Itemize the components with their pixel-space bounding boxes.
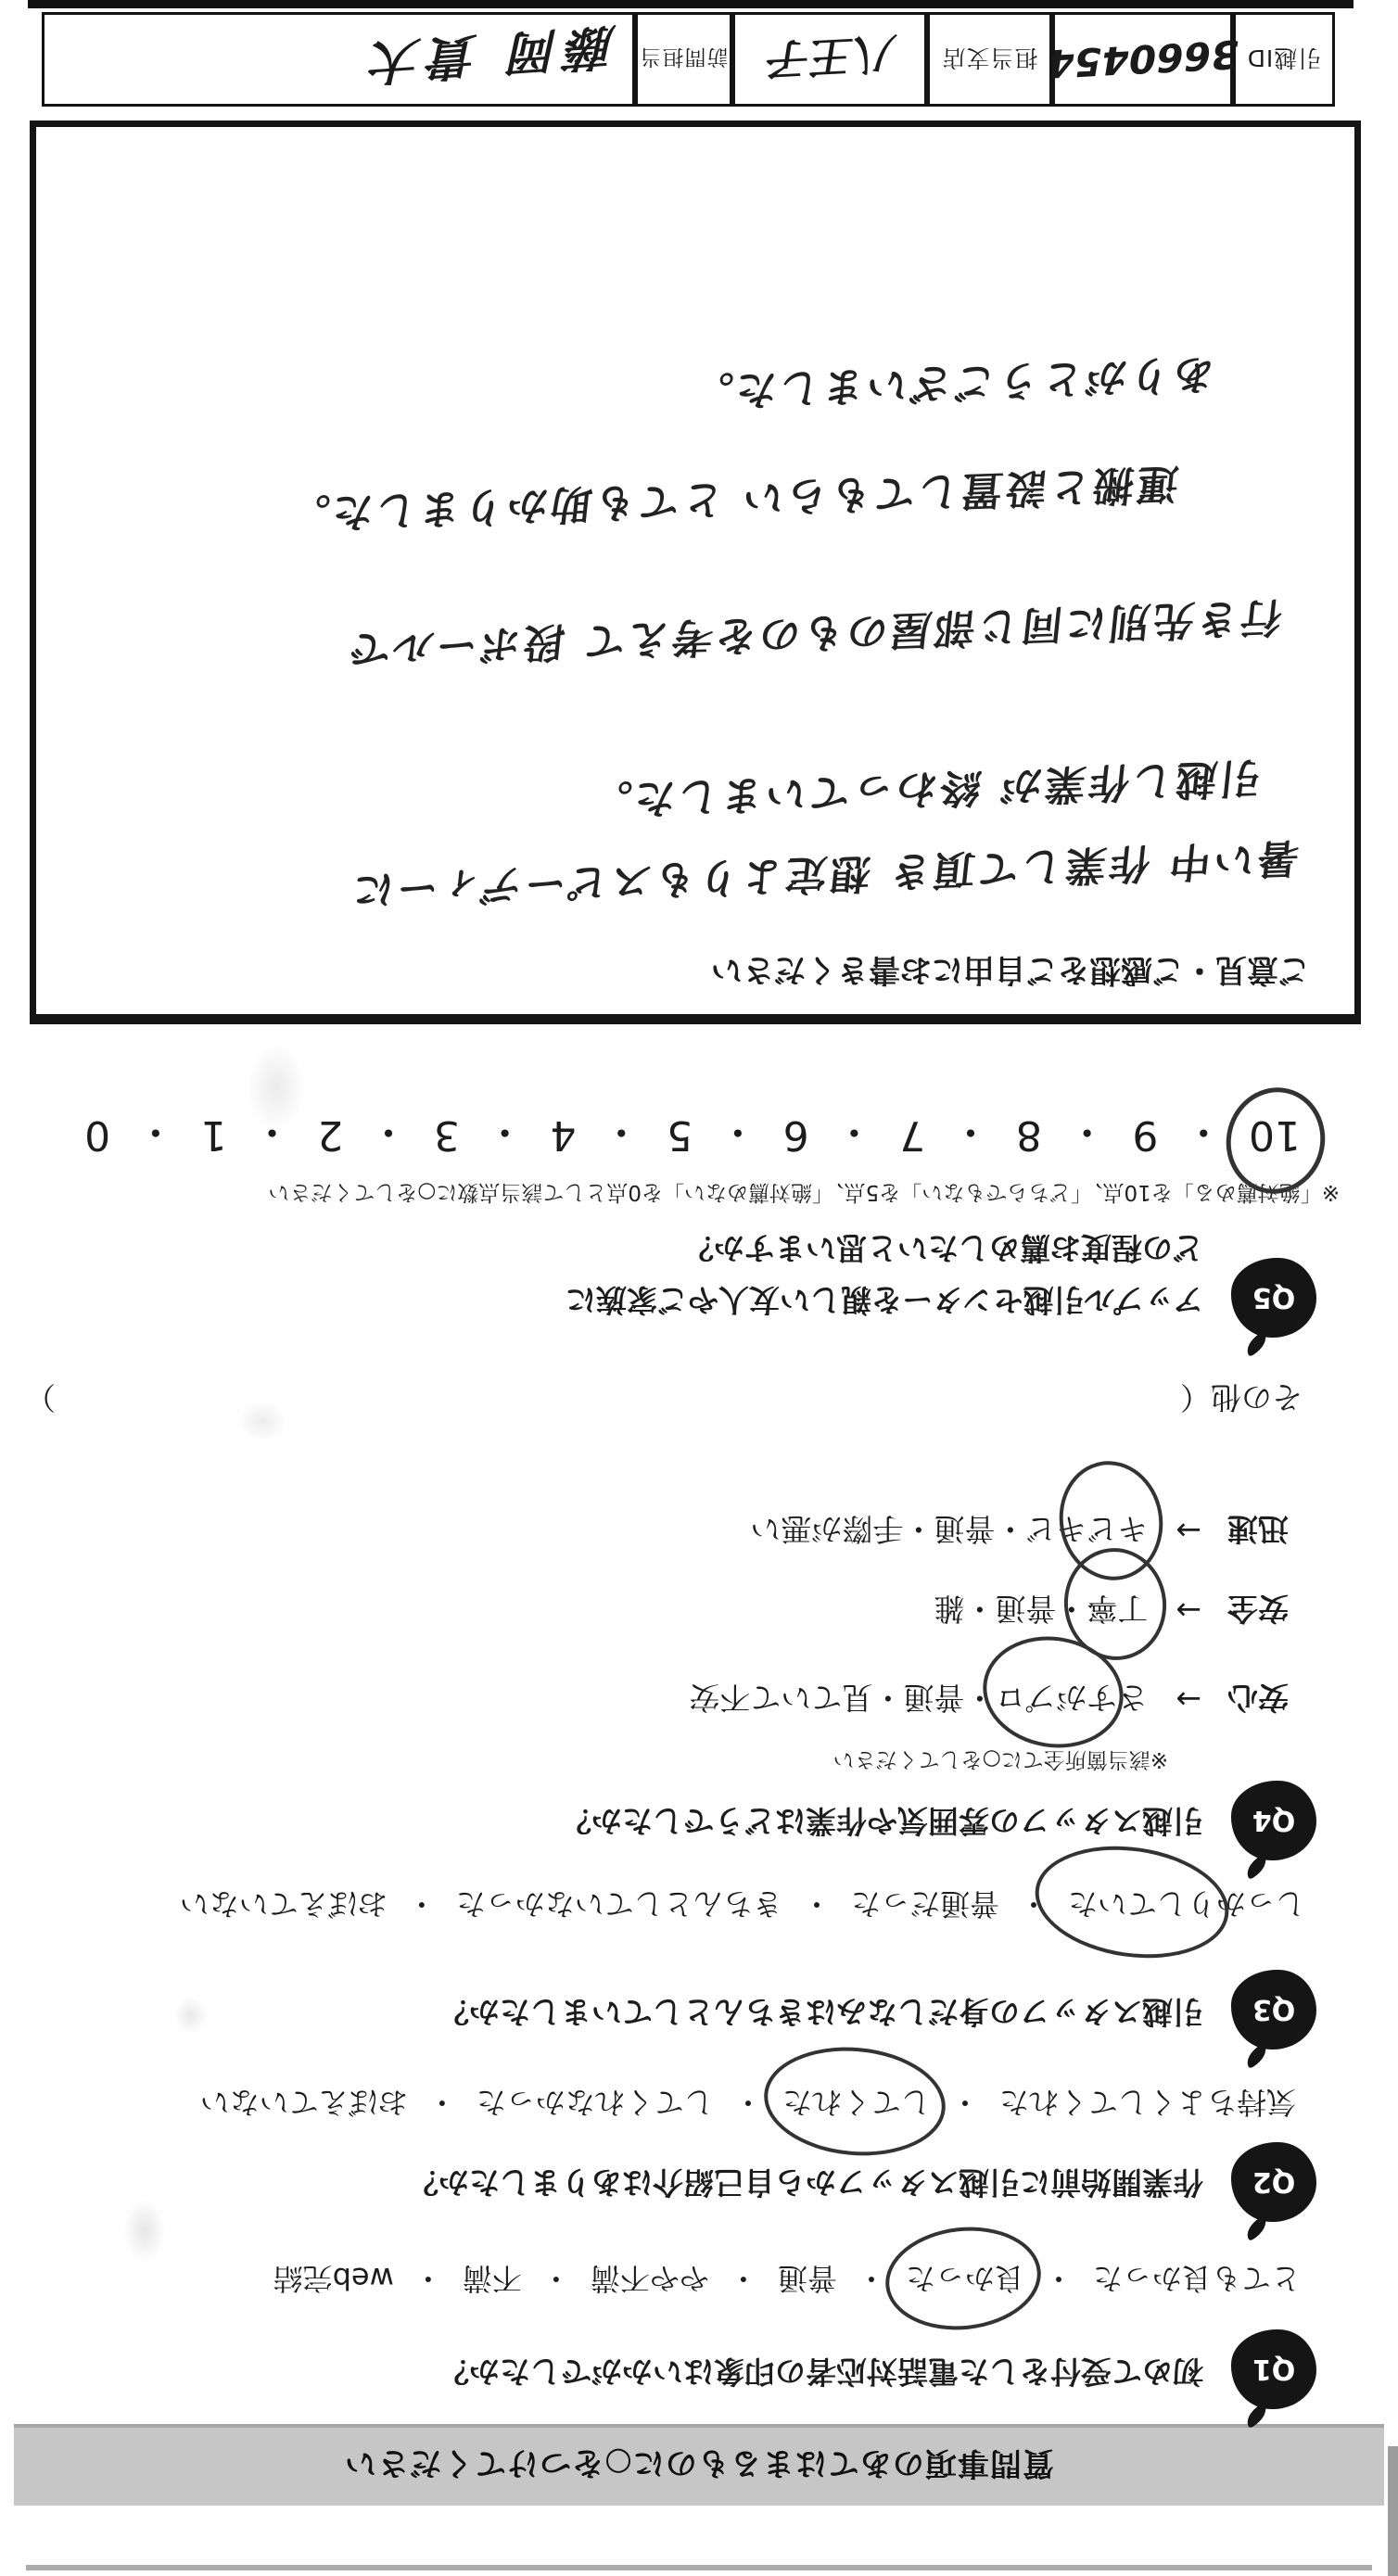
option-text: 丁寧	[1087, 1591, 1148, 1627]
separator-dot: ・	[1067, 1106, 1108, 1165]
option: おぼえていない	[180, 1884, 388, 1927]
q2-label: Q2	[1252, 2166, 1295, 2199]
option-selected: しっかりしていた	[1068, 1884, 1305, 1927]
scale-value: 1	[201, 1112, 227, 1160]
sheet-bottom-rule	[28, 0, 1354, 8]
separator-dot: ・	[1044, 2259, 1074, 2302]
q4-row-anzen: 安全 → 丁寧 ・ 普通 ・ 雑	[934, 1589, 1289, 1632]
separator-dot: ・	[964, 1589, 995, 1632]
survey-document-rotated: 質問事項のあてはまるものに○をつけてください Q1 初めて受付をした電話対応者の…	[0, 0, 1398, 2576]
q4-apple-icon: Q4	[1231, 1781, 1316, 1860]
option: 気持ちよくしてくれた	[999, 2083, 1296, 2126]
separator-dot: ・	[485, 1106, 526, 1165]
q4-other-open: その他（	[1180, 1377, 1303, 1421]
scale-value: 4	[550, 1112, 576, 1160]
footer-cell-moving-id-label: 引越ID	[1233, 12, 1335, 107]
option: してくれなかった	[477, 2083, 714, 2126]
q1-label: Q1	[1252, 2354, 1295, 2386]
field-label: 引越ID	[1247, 43, 1322, 76]
scale-value: 6	[783, 1112, 809, 1160]
option: 普通	[995, 1589, 1056, 1632]
q3-question-text: 引越スタッフの身だしなみはきちんとしていましたか？	[438, 1988, 1203, 2035]
scale-value: 3	[434, 1112, 460, 1160]
option: やや不満	[591, 2259, 709, 2302]
scan-artifact	[248, 1045, 304, 1130]
q4-note: ※該当箇所全てに○をしてください	[833, 1746, 1168, 1777]
q4-row-anshin: 安心 → さすがプロ ・ 普通 ・ 見ていて不安	[689, 1678, 1289, 1721]
field-label: 訪問担当	[640, 44, 729, 75]
option: 見ていて不安	[689, 1678, 872, 1721]
separator-dot: ・	[857, 2259, 886, 2302]
field-label: 担当支店	[942, 43, 1038, 76]
arrow-icon: →	[1176, 1593, 1201, 1629]
separator-dot: ・	[427, 2083, 457, 2126]
option: 雑	[934, 1589, 964, 1632]
scan-artifact	[175, 1997, 207, 2034]
scale-value: 9	[1132, 1112, 1158, 1160]
separator-dot: ・	[541, 2259, 571, 2302]
q3-label: Q3	[1252, 1994, 1295, 2026]
q5-note: ※「絶対薦める」を10点、「どちらでもない」を5点、「絶対薦めない」を0点として…	[268, 1179, 1340, 1210]
q5-question-line2: どの程度お薦めしたいと思いますか？	[683, 1225, 1203, 1271]
scanned-survey-sheet: 質問事項のあてはまるものに○をつけてください Q1 初めて受付をした電話対応者の…	[0, 0, 1398, 2576]
leaf-icon	[1242, 1331, 1271, 1357]
scale-value: 2	[317, 1112, 343, 1160]
q4-other-close: ）	[25, 1377, 56, 1421]
scale-number: 10	[1249, 1112, 1301, 1160]
separator-dot: ・	[407, 1884, 437, 1927]
separator-dot: ・	[1019, 1884, 1048, 1927]
footer-cell-signature: 藤岡 貴大	[42, 12, 635, 107]
q5-question-line1: アップル引越センターを親しい友人やご家族に	[566, 1276, 1203, 1323]
option-text: しっかりしていた	[1068, 1886, 1305, 1922]
option: きちんとしていなかった	[456, 1884, 782, 1927]
q3-options-row: しっかりしていた ・ 普通だった ・ きちんとしていなかった ・ おぼえていない	[180, 1884, 1305, 1927]
q2-options-row: 気持ちよくしてくれた ・ してくれた ・ してくれなかった ・ おぼえていない	[200, 2083, 1296, 2126]
separator-dot: ・	[718, 1106, 758, 1165]
option-selected: してくれた	[782, 2083, 931, 2126]
option-text: キビキビ	[1025, 1511, 1148, 1547]
handwritten-branch: 八王子	[760, 25, 899, 93]
q2-apple-icon: Q2	[1231, 2142, 1316, 2222]
instruction-bar: 質問事項のあてはまるものに○をつけてください	[14, 2424, 1384, 2506]
separator-dot: ・	[802, 1884, 832, 1927]
q4-question-text: 引越スタッフの雰囲気や作業はどうでしたか？	[561, 1797, 1203, 1844]
category-label: 安心	[1227, 1678, 1289, 1721]
arrow-icon: →	[1176, 1681, 1201, 1718]
option-text: してくれた	[782, 2085, 931, 2120]
q1-options-row: とても良かった ・ 良かった ・ 普通 ・ やや不満 ・ 不満 ・ web完結	[273, 2259, 1301, 2302]
category-label: 迅速	[1227, 1509, 1289, 1553]
separator-dot: ・	[995, 1509, 1025, 1553]
q5-label: Q5	[1252, 1282, 1295, 1314]
option: 普通	[934, 1509, 995, 1553]
scale-value: 7	[899, 1112, 925, 1160]
leaf-icon	[1242, 2215, 1271, 2241]
option-text: さすがプロ	[995, 1680, 1148, 1716]
option: 普通だった	[851, 1884, 999, 1927]
q3-apple-icon: Q3	[1231, 1970, 1316, 2049]
leaf-icon	[1242, 1854, 1271, 1880]
option: 手際が悪い	[750, 1509, 903, 1553]
leaf-icon	[1242, 2043, 1271, 2069]
q2-question-text: 作業開始前に引越スタッフから自己紹介はありましたか？	[408, 2159, 1203, 2205]
separator-dot: ・	[964, 1678, 995, 1721]
scale-value-selected: 10	[1249, 1112, 1301, 1160]
footer-cell-visitor-label: 訪問担当	[635, 12, 732, 107]
instruction-text: 質問事項のあてはまるものに○をつけてください	[344, 2444, 1054, 2490]
footer-cell-moving-id-value: 3660454	[1052, 12, 1233, 107]
comment-header: ご意見・ご感想をご自由にお書きください	[711, 950, 1310, 996]
scale-value: 8	[1016, 1112, 1042, 1160]
separator-dot: ・	[135, 1106, 176, 1165]
separator-dot: ・	[950, 1106, 991, 1165]
separator-dot: ・	[950, 2083, 980, 2126]
separator-dot: ・	[833, 1106, 874, 1165]
option-selected: 丁寧	[1087, 1589, 1148, 1632]
arrow-icon: →	[1176, 1513, 1201, 1549]
separator-dot: ・	[903, 1509, 934, 1553]
separator-dot: ・	[729, 2259, 758, 2302]
scan-edge-line	[26, 2565, 1372, 2570]
option-selected: さすがプロ	[995, 1678, 1148, 1721]
option: とても良かった	[1093, 2259, 1301, 2302]
footer-cell-branch-value: 八王子	[732, 12, 927, 107]
footer-cell-branch-label: 担当支店	[927, 12, 1052, 107]
handwritten-id: 3660454	[1043, 32, 1241, 87]
scan-artifact	[239, 1402, 286, 1440]
separator-dot: ・	[872, 1678, 903, 1721]
separator-dot: ・	[733, 2083, 763, 2126]
separator-dot: ・	[1183, 1106, 1224, 1165]
q4-row-jinsoku: 迅速 → キビキビ ・ 普通 ・ 手際が悪い	[750, 1509, 1289, 1553]
option: 普通	[903, 1678, 964, 1721]
scale-value: 0	[84, 1112, 110, 1160]
category-label: 安全	[1227, 1589, 1289, 1632]
scale-value: 5	[667, 1112, 693, 1160]
q1-apple-icon: Q1	[1231, 2329, 1316, 2409]
option: 不満	[463, 2259, 522, 2302]
q1-question-text: 初めて受付をした電話対応者の印象はいかがでしたか？	[438, 2348, 1203, 2394]
option: web完結	[273, 2259, 394, 2302]
option-selected: キビキビ	[1025, 1509, 1148, 1553]
scan-artifact	[1388, 2446, 1398, 2576]
separator-dot: ・	[413, 2259, 443, 2302]
q4-label: Q4	[1252, 1805, 1295, 1837]
separator-dot: ・	[601, 1106, 642, 1165]
option: 普通	[778, 2259, 837, 2302]
q5-apple-icon: Q5	[1231, 1258, 1316, 1338]
option-selected: 良かった	[906, 2259, 1024, 2302]
handwritten-signature: 藤岡 貴大	[352, 16, 618, 102]
separator-dot: ・	[1056, 1589, 1087, 1632]
option: おぼえていない	[200, 2083, 408, 2126]
scan-artifact	[124, 2200, 165, 2261]
option-text: 良かった	[906, 2261, 1024, 2296]
separator-dot: ・	[368, 1106, 409, 1165]
